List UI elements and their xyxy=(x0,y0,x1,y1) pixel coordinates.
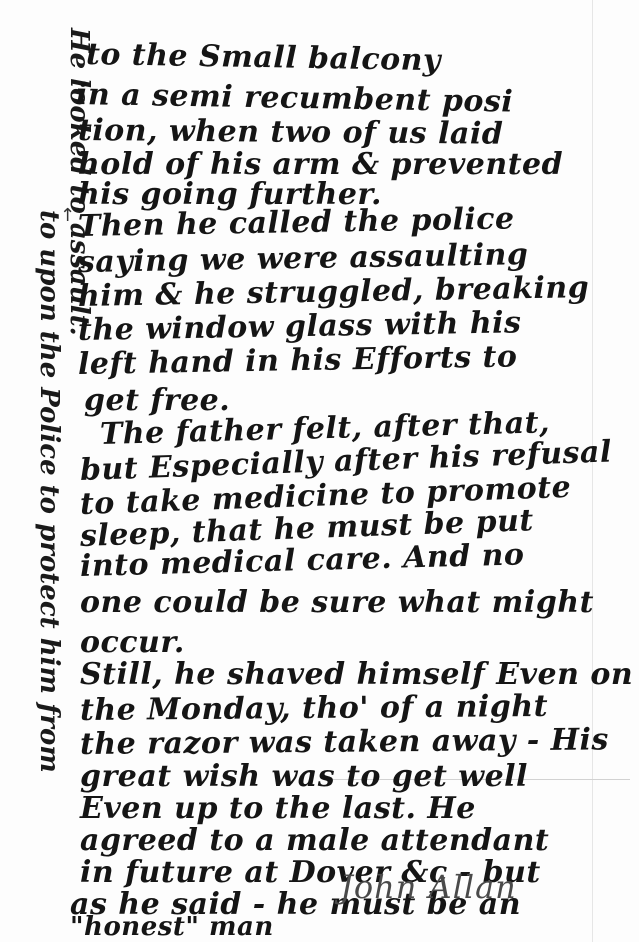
letter-line: hold of his arm & prevented xyxy=(78,150,563,180)
signature: John Allan xyxy=(340,868,517,906)
letter-line: Still, he shaved himself Even on xyxy=(80,660,633,690)
letter-line: to the Small balcony xyxy=(86,40,441,76)
letter-line: Even up to the last. He xyxy=(80,794,476,824)
letter-line: the Monday, tho' of a night xyxy=(80,692,548,726)
letter-line: in a semi recumbent posi xyxy=(76,80,514,118)
letter-line: the razor was taken away - His xyxy=(80,725,609,760)
letter-line: Then he called the police xyxy=(78,204,515,242)
letter-line: great wish was to get well xyxy=(80,762,528,792)
letter-line: "honest" man xyxy=(70,914,274,940)
letter-line: into medical care. And no xyxy=(80,540,525,582)
letter-line: one could be sure what might xyxy=(80,588,594,618)
letter-line: occur. xyxy=(80,628,185,658)
letter-line: agreed to a male attendant xyxy=(80,826,549,856)
letter-line: left hand in his Efforts to xyxy=(78,342,518,380)
letter-body: to the Small balcony in a semi recumbent… xyxy=(0,0,639,942)
document-page: He looked to assault. to upon the Police… xyxy=(0,0,639,942)
letter-line: tion, when two of us laid xyxy=(78,116,504,150)
letter-line: get free. xyxy=(84,386,230,416)
